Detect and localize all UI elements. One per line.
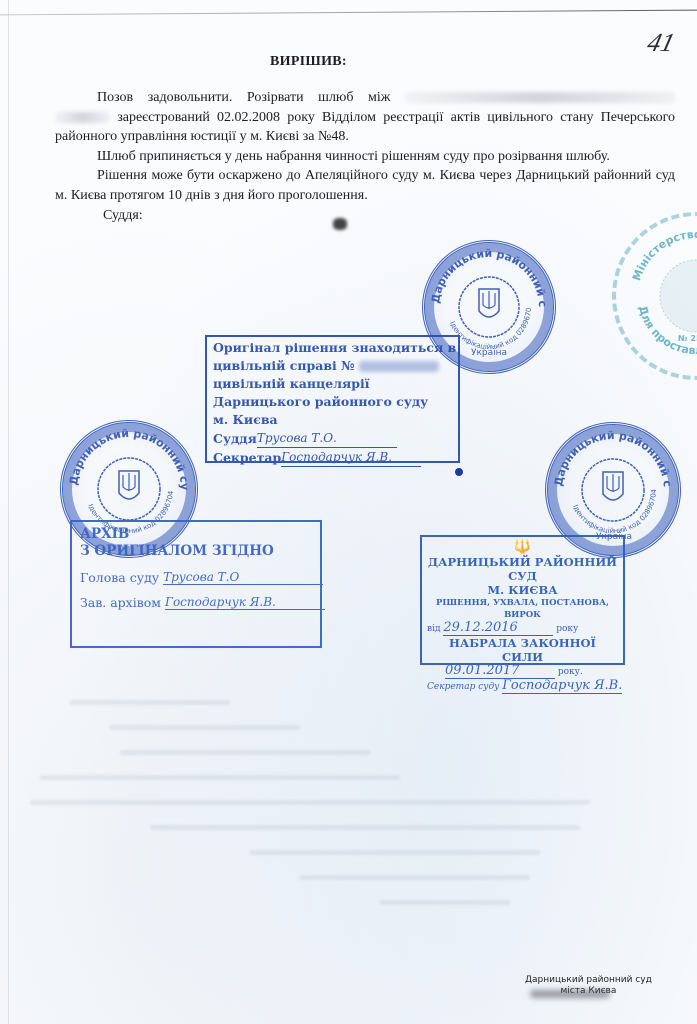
footer-court: Дарницький районний суд [525,975,652,986]
legal-status: НАБРАЛА ЗАКОННОЇ СИЛИ [427,636,618,664]
redacted-names-cont [55,112,110,123]
archive-signature-row: Зав. архівом Господарчук Я.В. [80,595,312,610]
svg-text:Дарницький районний суд міста: Дарницький районний суд міста Києва [548,425,674,488]
secretary-row: Секретар суду Господарчук Я.В. [427,679,618,694]
scan-edge [8,0,9,1024]
ink-dot [455,468,463,476]
ministry-seal: Міністерство Для проставл № 25 [612,212,697,380]
svg-text:№ 25: № 25 [678,334,697,343]
stamp-line: Дарницького районного суду [213,393,452,411]
archive-title: АРХІВ [80,526,312,543]
secretary-signature: Господарчук Я.В. [281,448,421,467]
decision-date: 29.12.2016 [443,621,553,636]
effective-date: 09.01.2017 [445,664,555,679]
trident-icon: 🔱 [427,539,618,555]
svg-text:Дарницький районний суд міста: Дарницький районний суд міста Києва [63,423,191,490]
svg-text:Ідентифікаційний код 02896704: Ідентифікаційний код 02896704 [571,488,658,535]
judge-signature: Трусова Т.О. [257,429,397,448]
redacted-names [405,92,675,103]
secretary-signature-row: СекретарГосподарчук Я.В. [213,448,452,467]
stamp-line: цивільній справі № [213,357,452,375]
judge-signature-row: СуддяТрусова Т.О. [213,429,452,448]
svg-text:Дарницький районний суд міста: Дарницький районний суд міста Києва [425,243,549,307]
paragraph-claim-cont: зареєстрований 02.02.2008 року Відділом … [55,110,675,145]
decision-date-row: від 29.12.2016 року [427,621,618,636]
svg-text:Україна: Україна [471,348,507,358]
redacted-signature [333,218,347,230]
decision-body: Позов задовольнити. Розірвати шлюб між з… [55,88,675,205]
head-signature-row: Голова суду Трусова Т.О [80,570,312,585]
effective-date-row: 09.01.2017 року. [427,664,618,679]
stamp-line: Оригінал рішення знаходиться в [213,339,452,357]
court-city: М. КИЄВА [427,583,618,597]
court-name: ДАРНИЦЬКИЙ РАЙОННИЙ СУД [427,555,618,583]
redacted-footer [530,990,610,998]
stamp-line: цивільній канцелярії [213,375,452,393]
archive-subtitle: З ОРИГІНАЛОМ ЗГІДНО [80,543,312,560]
paragraph-claim: Позов задовольнити. Розірвати шлюб між з… [55,88,675,147]
stamp-line: м. Києва [213,411,452,429]
archive-stamp: АРХІВ З ОРИГІНАЛОМ ЗГІДНО Голова суду Тр… [70,520,322,648]
original-location-stamp: Оригінал рішення знаходиться в цивільній… [205,335,460,463]
doc-types: РІШЕННЯ, УХВАЛА, ПОСТАНОВА, ВИРОК [427,597,618,621]
paragraph-termination: Шлюб припиняється у день набрання чиннос… [55,147,675,167]
head-signature: Трусова Т.О [163,570,323,585]
secretary-signature: Господарчук Я.В. [502,679,622,694]
legal-effect-stamp: 🔱 ДАРНИЦЬКИЙ РАЙОННИЙ СУД М. КИЄВА РІШЕН… [420,535,625,665]
judge-label: Суддя: [103,208,143,224]
archive-signature: Господарчук Я.В. [165,595,325,610]
paragraph-claim-start: Позов задовольнити. Розірвати шлюб між [97,90,390,105]
paragraph-appeal: Рішення може бути оскаржено до Апеляційн… [55,166,675,205]
decision-heading: ВИРІШИВ: [270,54,347,70]
